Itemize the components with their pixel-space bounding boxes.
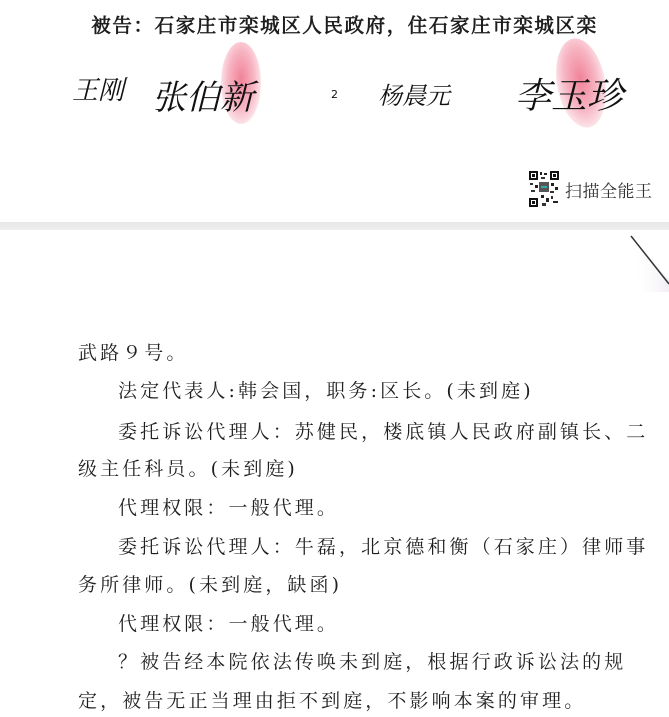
paragraph-line: 法定代表人:韩会国，职务:区长。(未到庭) — [118, 379, 669, 403]
page-curl-icon — [629, 232, 669, 292]
paragraph-line: 代理权限：一般代理。 — [118, 496, 669, 520]
scanner-watermark: 扫描全能王 — [529, 171, 653, 207]
defendant-line: 被告：石家庄市栾城区人民政府，住石家庄市栾城区栾 — [0, 10, 669, 38]
paragraph-line: 定，被告无正当理由拒不到庭，不影响本案的审理。 — [78, 689, 638, 713]
page-divider — [0, 222, 669, 230]
signature-4: 李玉珍 — [515, 68, 623, 119]
paragraph-line: ？被告经本院依法传唤未到庭，根据行政诉讼法的规 — [118, 650, 669, 674]
paragraph-line: 委托诉讼代理人：苏健民，楼底镇人民政府副镇长、二 — [118, 420, 669, 444]
paragraph-line: 级主任科员。(未到庭) — [78, 457, 638, 481]
page-mark: 2 — [331, 88, 338, 101]
qr-code-icon — [529, 171, 559, 207]
paragraph-line: 代理权限：一般代理。 — [118, 612, 669, 636]
paragraph-line: 务所律师。(未到庭，缺函) — [78, 573, 638, 597]
signature-3: 杨晨元 — [378, 76, 450, 111]
scanned-page-top: 被告：石家庄市栾城区人民政府，住石家庄市栾城区栾 王刚 张伯新 2 杨晨元 李玉… — [0, 0, 669, 222]
scanner-app-label: 扫描全能王 — [565, 177, 653, 202]
signature-1: 王刚 — [72, 70, 124, 107]
paragraph-line: 委托诉讼代理人：牛磊，北京德和衡（石家庄）律师事 — [118, 535, 669, 559]
signature-2: 张伯新 — [152, 70, 254, 119]
paragraph-line: 武路９号。 — [78, 341, 638, 365]
